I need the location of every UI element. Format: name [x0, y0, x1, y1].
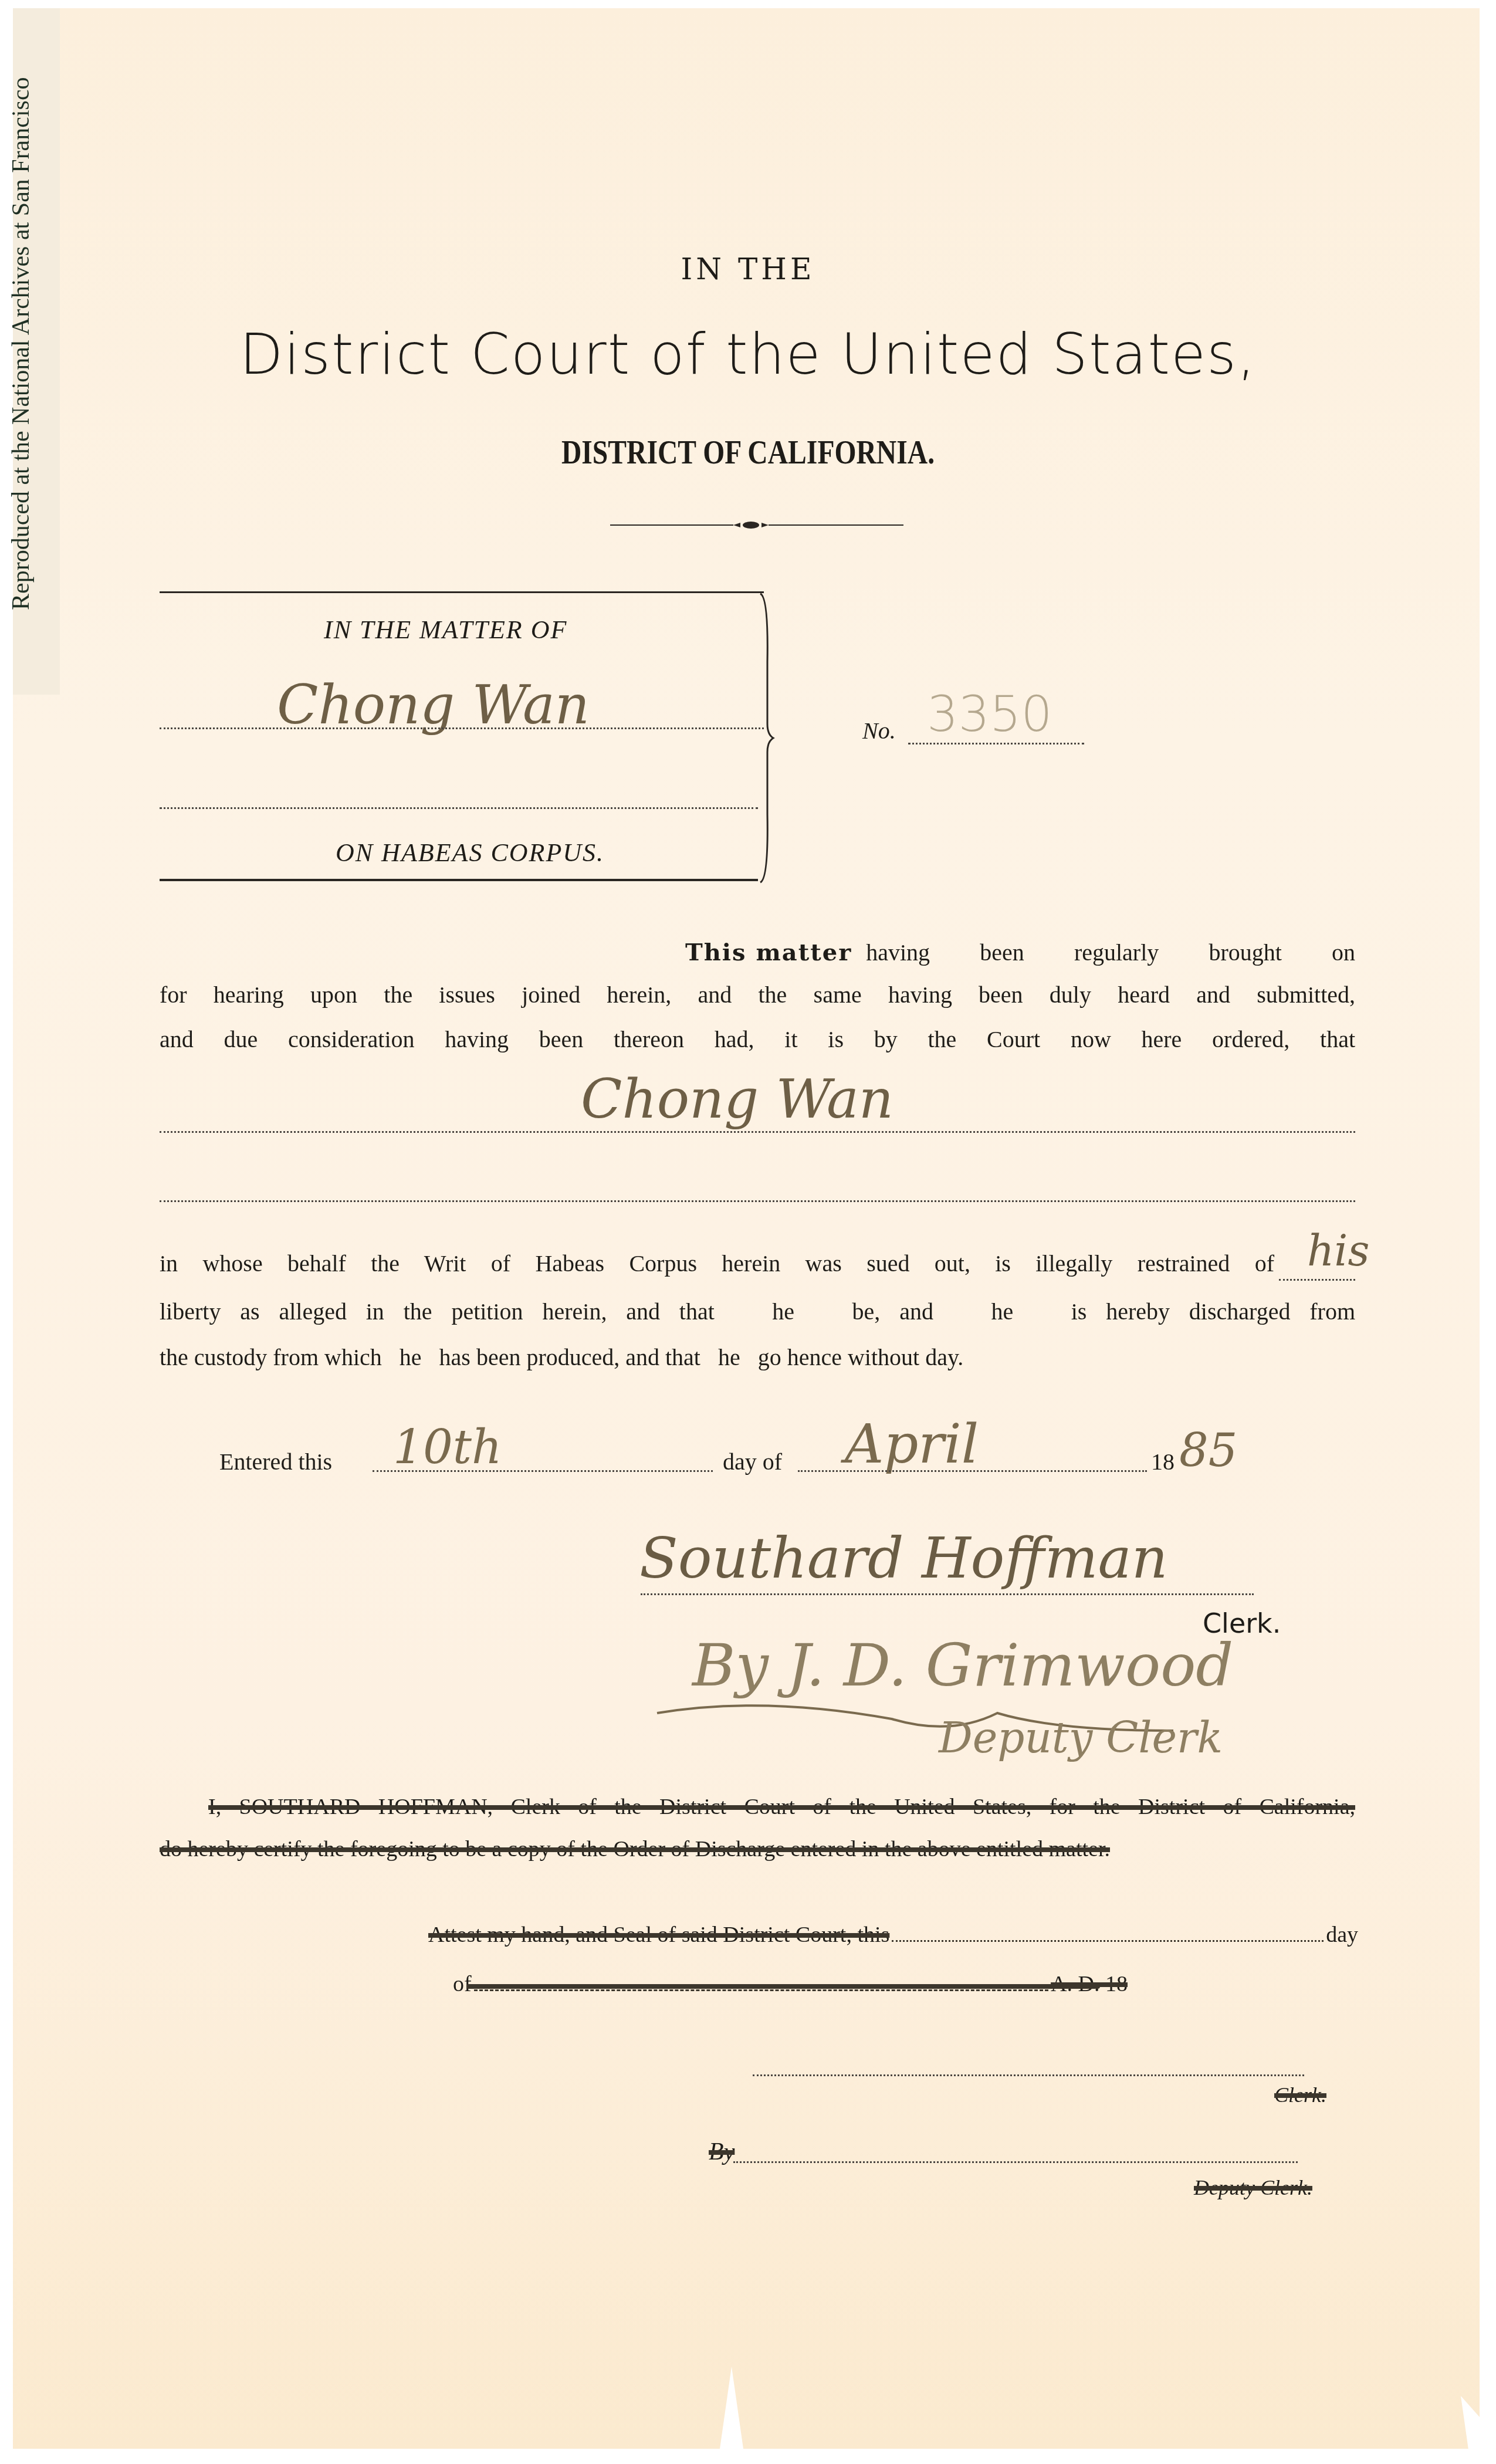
struck-by-label: By: [709, 2138, 735, 2166]
caption-brace: [758, 591, 776, 885]
ordered-name-line-2: [160, 1200, 1355, 1202]
struck-clerk-label: Clerk.: [1274, 2083, 1326, 2107]
ordered-name-line: [160, 1131, 1355, 1133]
district-title: DISTRICT OF CALIFORNIA.: [112, 434, 1384, 472]
entry-year-handwritten: 85: [1179, 1424, 1237, 1477]
order-line-2: for hearing upon the issues joined herei…: [160, 981, 1355, 1008]
deputy-label-handwritten: Deputy Clerk: [939, 1713, 1223, 1762]
attest-day-label: day: [1326, 1922, 1358, 1948]
case-number-handwritten: 3350: [927, 685, 1052, 743]
caption-top-rule: [160, 591, 764, 593]
caption-bottom-rule: [160, 879, 758, 881]
order-line-4-text: in whose behalf the Writ of Habeas Corpu…: [160, 1250, 1274, 1277]
attest-text: Attest my hand, and Seal of said Distric…: [428, 1922, 889, 1948]
entry-day-line: [373, 1470, 713, 1472]
attest-line: Attest my hand, and Seal of said Distric…: [428, 1922, 1358, 1948]
ornament-divider: [610, 521, 903, 529]
day-of-label: day of: [723, 1448, 782, 1475]
blank-name-line: [160, 807, 758, 809]
entered-this-label: Entered this: [219, 1448, 332, 1475]
opening-blackletter: This matter: [685, 939, 852, 966]
ordered-name-handwritten: Chong Wan: [581, 1068, 893, 1131]
year-prefix: 18: [1151, 1448, 1175, 1475]
pronoun-line: [1279, 1279, 1355, 1281]
corner-tear: [1461, 2396, 1480, 2449]
struck-clerk-line: [753, 2074, 1304, 2076]
deputy-signature: By J. D. Grimwood: [692, 1631, 1233, 1700]
attest-blank: [892, 1923, 1324, 1942]
matter-label: IN THE MATTER OF: [324, 615, 567, 645]
order-line-5: liberty as alleged in the petition herei…: [160, 1298, 1355, 1325]
entry-day-handwritten: 10th: [393, 1420, 502, 1474]
clerk-signature: Southard Hoffman: [639, 1525, 1168, 1591]
case-caption-box: IN THE MATTER OF Chong Wan ON HABEAS COR…: [160, 591, 805, 885]
court-title: District Court of the United States,: [0, 321, 1496, 387]
clerk-signature-line: [641, 1593, 1254, 1595]
struck-deputy-label: Deputy Clerk.: [1194, 2175, 1312, 2200]
order-line-1: This matter having been regularly brough…: [685, 939, 1355, 966]
pronoun-handwritten: his: [1307, 1226, 1369, 1275]
case-number-label: No.: [862, 717, 896, 744]
entry-month-line: [798, 1470, 1147, 1472]
certificate-line-1: I, SOUTHARD HOFFMAN, Clerk of the Distri…: [208, 1794, 1355, 1820]
header-in-the: IN THE: [0, 252, 1496, 286]
order-line-1-rest: having been regularly brought on: [866, 939, 1355, 966]
petitioner-name-handwritten: Chong Wan: [277, 673, 590, 736]
order-line-6: the custody from which he has been produ…: [160, 1343, 963, 1371]
struck-by-line: [733, 2161, 1298, 2163]
order-line-3: and due consideration having been thereo…: [160, 1025, 1355, 1053]
proceeding-label: ON HABEAS CORPUS.: [336, 838, 604, 868]
case-number-line: [908, 743, 1084, 744]
certificate-line-2: do hereby certify the foregoing to be a …: [160, 1836, 1110, 1862]
petitioner-name-line: [160, 727, 764, 729]
entry-month-handwritten: April: [845, 1413, 979, 1475]
order-line-4: in whose behalf the Writ of Habeas Corpu…: [160, 1250, 1355, 1277]
attest-strike-mark: [466, 1984, 1100, 1989]
bottom-tear: [720, 2367, 743, 2449]
